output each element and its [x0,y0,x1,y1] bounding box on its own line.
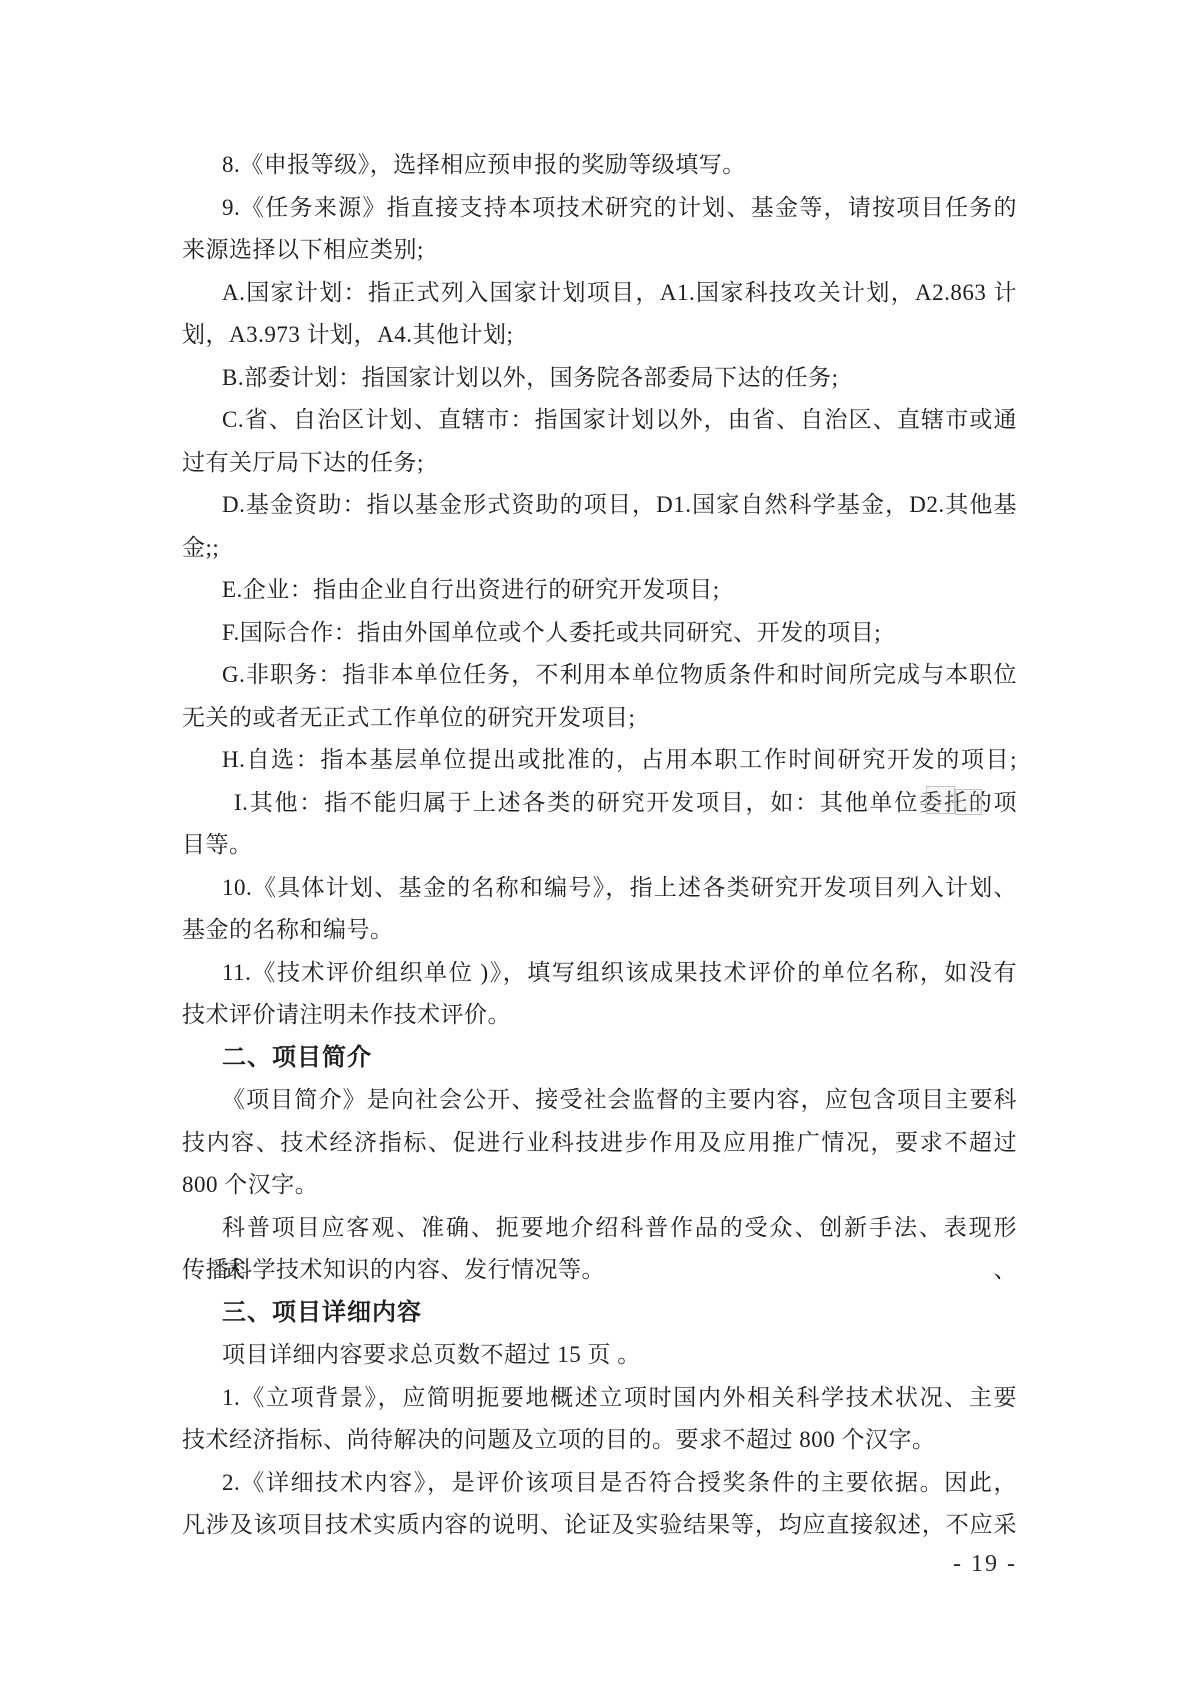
section-heading: 二、项目简介 [182,1037,1017,1080]
text-line: 技术经济指标、尚待解决的问题及立项的目的。要求不超过 800 个汉字。 [182,1419,1017,1462]
text-line: H.自选：指本基层单位提出或批准的，占用本职工作时间研究开发的项目; [182,739,1017,782]
text-line: 凡涉及该项目技术实质内容的说明、论证及实验结果等，均应直接叙述，不应采 [182,1504,1017,1547]
text-line: C.省、自治区计划、直辖市：指国家计划以外，由省、自治区、直辖市或通 [182,399,1017,442]
text-line: 800 个汉字。 [182,1164,1017,1207]
text-line: 技内容、技术经济指标、促进行业科技进步作用及应用推广情况，要求不超过 [182,1122,1017,1165]
text-line: 划，A3.973 计划，A4.其他计划; [182,314,1017,357]
text-line: 技术评价请注明未作技术评价。 [182,994,1017,1037]
text-line: E.企业：指由企业自行出资进行的研究开发项目; [182,569,1017,612]
text-line: 《项目简介》是向社会公开、接受社会监督的主要内容，应包含项目主要科 [182,1079,1017,1122]
text-line: 10.《具体计划、基金的名称和编号》，指上述各类研究开发项目列入计划、 [182,867,1017,910]
text-line: 9.《任务来源》指直接支持本项技术研究的计划、基金等，请按项目任务的 [182,187,1017,230]
text-line: 2.《详细技术内容》，是评价该项目是否符合授奖条件的主要依据。因此， [182,1462,1017,1505]
text-line: 来源选择以下相应类别; [182,229,1017,272]
document-body: 8.《申报等级》，选择相应预申报的奖励等级填写。9.《任务来源》指直接支持本项技… [182,144,1017,1547]
text-line: 基金的名称和编号。 [182,909,1017,952]
text-line: D.基金资助：指以基金形式资助的项目，D1.国家自然科学基金，D2.其他基 [182,484,1017,527]
scan-artifact-box [926,786,955,814]
text-line: 目等。 [182,824,1017,867]
text-line: F.国际合作：指由外国单位或个人委托或共同研究、开发的项目; [182,612,1017,655]
text-line: 过有关厅局下达的任务; [182,442,1017,485]
text-line: 金;; [182,527,1017,570]
scan-artifact-box [955,789,982,815]
text-line: 8.《申报等级》，选择相应预申报的奖励等级填写。 [182,144,1017,187]
text-line: 11.《技术评价组织单位 )》，填写组织该成果技术评价的单位名称，如没有 [182,952,1017,995]
text-line: 1.《立项背景》，应简明扼要地概述立项时国内外相关科学技术状况、主要 [182,1377,1017,1420]
text-line: 项目详细内容要求总页数不超过 15 页 。 [182,1334,1017,1377]
text-line: 无关的或者无正式工作单位的研究开发项目; [182,697,1017,740]
text-line: B.部委计划：指国家计划以外，国务院各部委局下达的任务; [182,357,1017,400]
text-line: 科普项目应客观、准确、扼要地介绍科普作品的受众、创新手法、表现形式、 [182,1207,1017,1250]
page-number: - 19 - [953,1551,1017,1578]
text-line: A.国家计划：指正式列入国家计划项目，A1.国家科技攻关计划，A2.863 计 [182,272,1017,315]
section-heading: 三、项目详细内容 [182,1292,1017,1335]
text-line: G.非职务：指非本单位任务，不利用本单位物质条件和时间所完成与本职位 [182,654,1017,697]
text-line: I.其他：指不能归属于上述各类的研究开发项目，如：其他单位委托的项 [182,782,1017,825]
document-page: 8.《申报等级》，选择相应预申报的奖励等级填写。9.《任务来源》指直接支持本项技… [0,0,1200,1697]
